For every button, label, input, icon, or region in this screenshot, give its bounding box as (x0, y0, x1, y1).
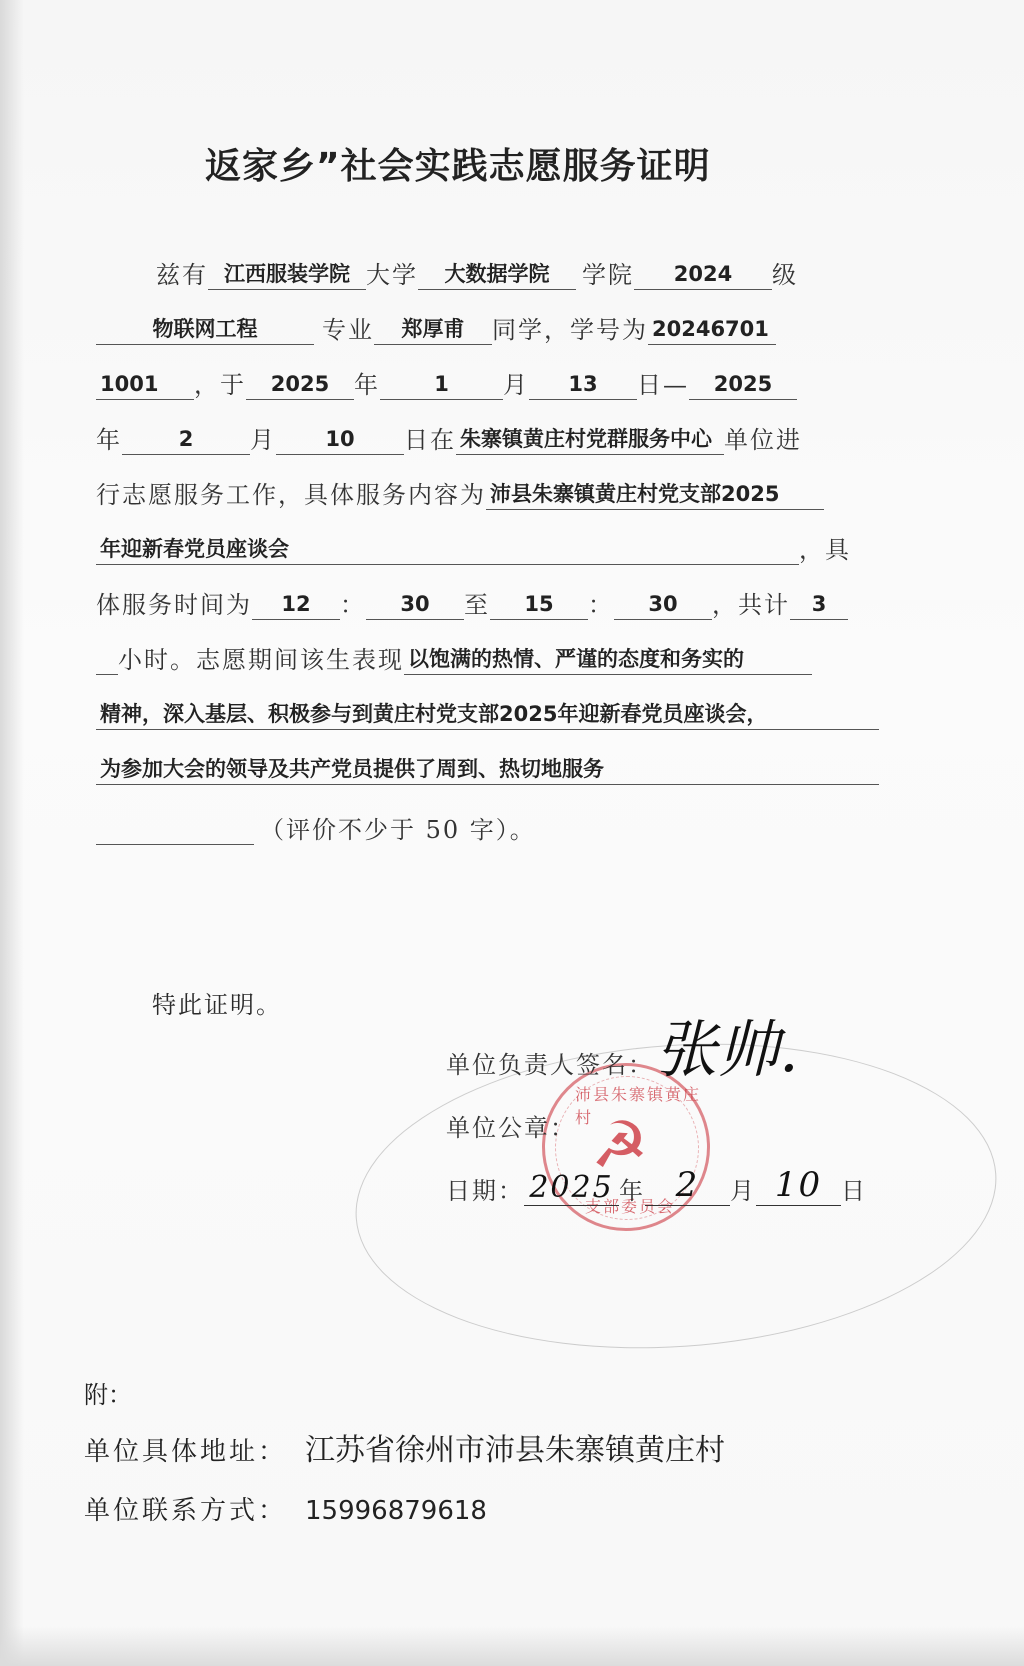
body-line-4: 年 2 月 10 日在 朱寨镇黄庄村党群服务中心 单位进 (96, 415, 802, 455)
grade-suffix: 级 (772, 260, 798, 290)
start-minute-field: 30 (366, 589, 464, 620)
date-year-label: 年 (619, 1171, 645, 1206)
date-month-label: 月 (730, 1171, 756, 1206)
time-label: 体服务时间为 (96, 590, 252, 620)
student-id-field-part2: 1001 (96, 369, 194, 400)
seal-label: 单位公章： (446, 1114, 576, 1142)
body-line-8: 小时。志愿期间该生表现 以饱满的热情、严谨的态度和务实的 (96, 635, 812, 675)
student-name-field: 郑厚甫 (374, 314, 492, 345)
appendix-label: 附： (84, 1375, 132, 1410)
leader-signature: 张帅. (655, 1000, 799, 1089)
certificate-page: 返家乡”社会实践志愿服务证明 兹有 江西服装学院 大学 大数据学院 学院 202… (0, 0, 1024, 1666)
paper-bottom-shadow (0, 1626, 1024, 1666)
end-day-field: 10 (276, 424, 404, 455)
university-field: 江西服装学院 (208, 259, 366, 290)
total-label: ，共计 (712, 590, 790, 620)
closing-text: 特此证明。 (152, 985, 282, 1020)
body-line-11: （评价不少于 50 字）。 (96, 805, 536, 845)
end-month-label: 月 (250, 425, 276, 455)
student-id-field-part1: 20246701 (648, 314, 776, 345)
leader-signature-row: 单位负责人签名： (446, 1045, 654, 1080)
evaluation-field-line3: 为参加大会的领导及共产党员提供了周到、热切地服务 (96, 754, 879, 785)
service-content-field-line1: 沛县朱寨镇黄庄村党支部2025 (486, 479, 824, 510)
start-month-field: 1 (380, 369, 503, 400)
start-day-label: 日— (637, 370, 689, 400)
end-hour-field: 15 (490, 589, 588, 620)
contact-value: 15996879618 (305, 1496, 487, 1526)
start-year-field: 2025 (246, 369, 354, 400)
body-line-2: 物联网工程 专业 郑厚甫 同学，学号为 20246701 (96, 305, 776, 345)
leader-label: 单位负责人签名： (446, 1051, 654, 1079)
start-hour-field: 12 (252, 589, 340, 620)
college-suffix: 学院 (582, 260, 634, 290)
evaluation-field-line2: 精神，深入基层、积极参与到黄庄村党支部2025年迎新春党员座谈会， (96, 699, 879, 730)
service-label: 行志愿服务工作，具体服务内容为 (96, 480, 486, 510)
evaluation-note: （评价不少于 50 字）。 (260, 815, 536, 845)
to-label: 至 (464, 590, 490, 620)
address-row: 单位具体地址：江苏省徐州市沛县朱寨镇黄庄村 (84, 1425, 725, 1469)
seal-row: 单位公章： (446, 1108, 576, 1143)
document-title: 返家乡”社会实践志愿服务证明 (205, 138, 711, 189)
date-label: 日期： (446, 1171, 524, 1206)
body-line-6: 年迎新春党员座谈会 ，具 (96, 525, 851, 565)
start-colon: ： (340, 590, 366, 620)
body-line-1: 兹有 江西服装学院 大学 大数据学院 学院 2024 级 (156, 250, 798, 290)
grade-field: 2024 (634, 259, 772, 290)
end-year-label: 年 (96, 425, 122, 455)
evaluation-field-line1: 以饱满的热情、严谨的态度和务实的 (404, 644, 812, 675)
end-year-field: 2025 (689, 369, 797, 400)
end-day-label: 日在 (404, 425, 456, 455)
major-suffix: 专业 (322, 315, 374, 345)
start-year-label: 年 (354, 370, 380, 400)
evaluation-field-blank (96, 844, 254, 845)
address-value: 江苏省徐州市沛县朱寨镇黄庄村 (305, 1433, 725, 1468)
end-minute-field: 30 (614, 589, 712, 620)
body-line-7: 体服务时间为 12 ： 30 至 15 ： 30 ，共计 3 (96, 580, 848, 620)
intro-label: 兹有 (156, 260, 208, 290)
start-month-label: 月 (503, 370, 529, 400)
unit-suffix: 单位进 (724, 425, 802, 455)
unit-field: 朱寨镇黄庄村党群服务中心 (456, 424, 724, 455)
body-line-5: 行志愿服务工作，具体服务内容为 沛县朱寨镇黄庄村党支部2025 (96, 470, 824, 510)
paper-edge-shadow (0, 0, 24, 1666)
contact-row: 单位联系方式：15996879618 (84, 1490, 487, 1527)
date-day-label: 日 (841, 1171, 867, 1206)
end-month-field: 2 (122, 424, 250, 455)
address-label: 单位具体地址： (84, 1437, 287, 1467)
student-suffix: 同学，学号为 (492, 315, 648, 345)
body-line-9: 精神，深入基层、积极参与到黄庄村党支部2025年迎新春党员座谈会， (96, 690, 879, 730)
start-day-field: 13 (529, 369, 637, 400)
major-field: 物联网工程 (96, 314, 314, 345)
body-line-3: 1001 ，于 2025 年 1 月 13 日— 2025 (96, 360, 797, 400)
hours-label: 小时。志愿期间该生表现 (118, 645, 404, 675)
date-day-field: 10 (756, 1165, 841, 1206)
college-field: 大数据学院 (418, 259, 576, 290)
date-year-field: 2025 (524, 1170, 619, 1206)
service-suffix: ，具 (799, 535, 851, 565)
date-row: 日期： 2025 年 2 月 10 日 (446, 1165, 867, 1206)
total-hours-field-continuation (96, 674, 118, 675)
end-colon: ： (588, 590, 614, 620)
service-content-field-line2: 年迎新春党员座谈会 (96, 534, 799, 565)
contact-label: 单位联系方式： (84, 1496, 287, 1526)
body-line-10: 为参加大会的领导及共产党员提供了周到、热切地服务 (96, 745, 879, 785)
from-label: ，于 (194, 370, 246, 400)
university-suffix: 大学 (366, 260, 418, 290)
date-month-field: 2 (645, 1165, 730, 1206)
total-hours-field: 3 (790, 589, 848, 620)
